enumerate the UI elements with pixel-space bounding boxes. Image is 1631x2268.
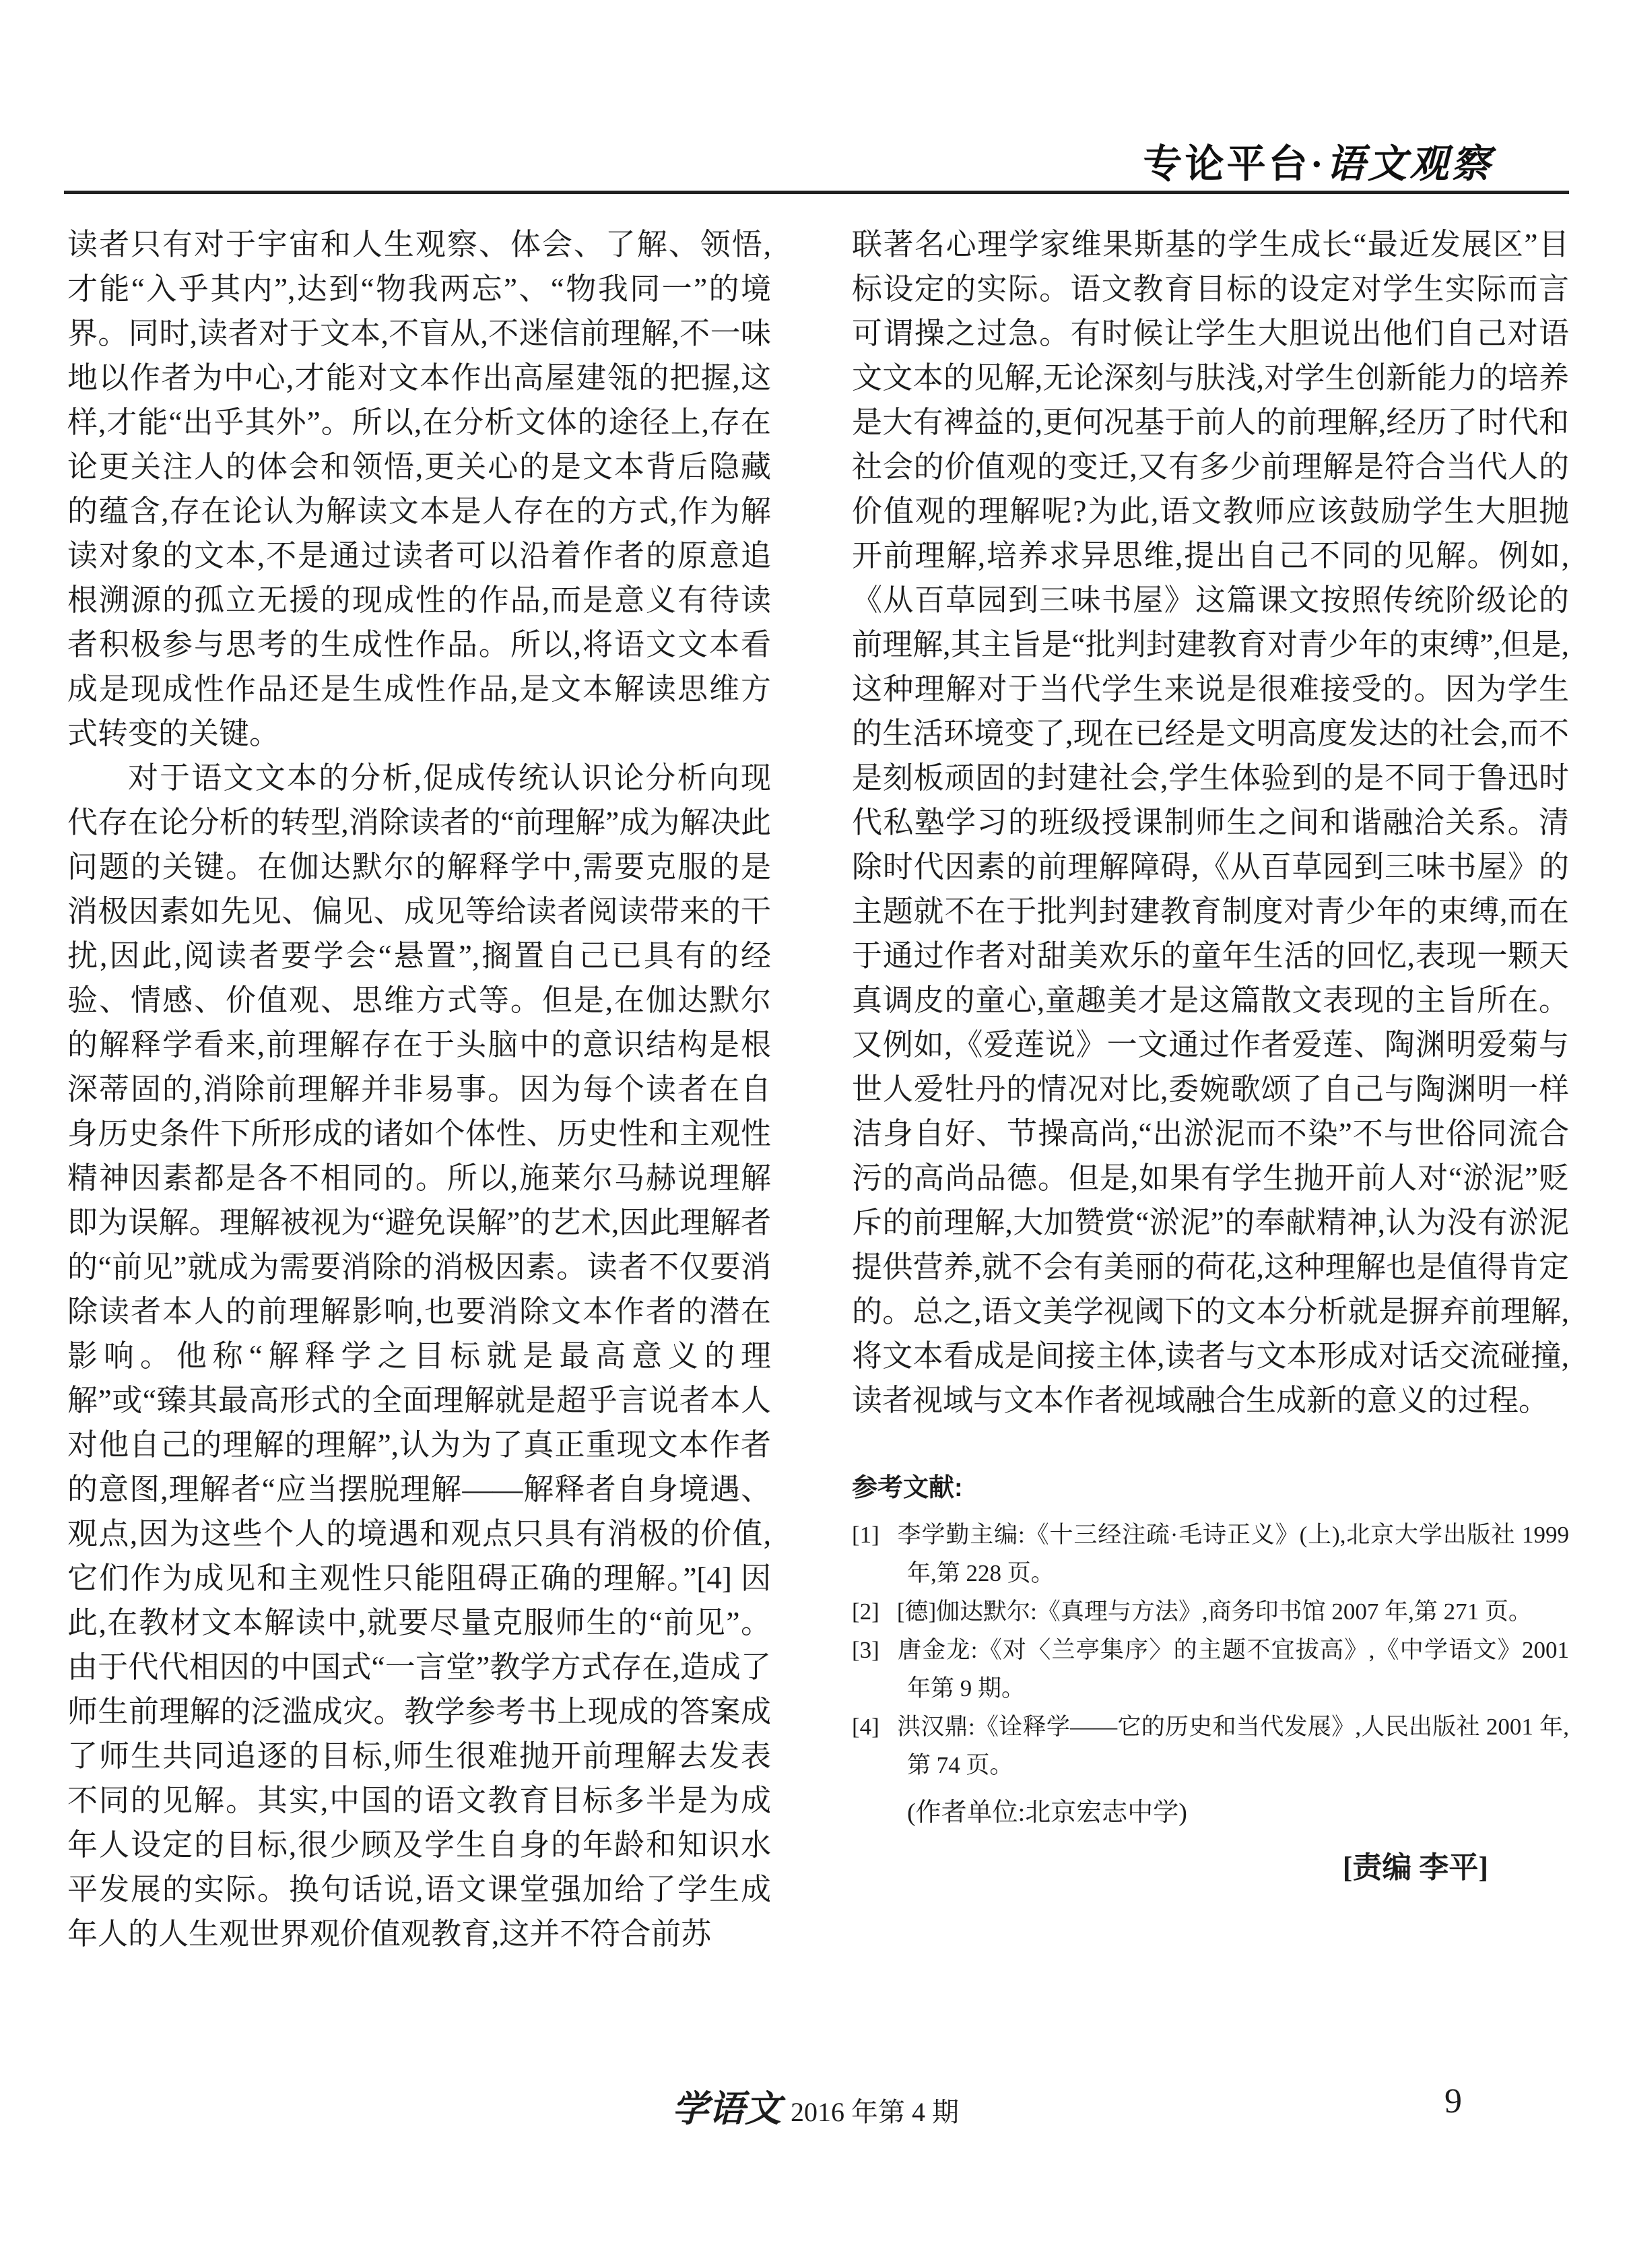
reference-item: [3]唐金龙:《对〈兰亭集序〉的主题不宜拔高》,《中学语文》2001 年第 9 … [852,1631,1569,1708]
journal-issue: 2016 年第 4 期 [791,2097,959,2127]
reference-text: 李学勤主编:《十三经注疏·毛诗正义》(上),北京大学出版社 1999 年,第 2… [897,1522,1569,1586]
right-column: 联著名心理学家维果斯基的学生成长“最近发展区”目标设定的实际。语文教育目标的设定… [852,222,1569,1888]
header-title-separator: · [1310,142,1326,186]
header-divider-rule [64,191,1569,194]
journal-name: 学语文 [672,2089,781,2129]
page-number: 9 [1444,2081,1462,2121]
paragraph-2-left-part: 对于语文文本的分析,促成传统认识论分析向现代存在论分析的转型,消除读者的“前理解… [67,756,771,1956]
references-list: [1]李学勤主编:《十三经注疏·毛诗正义》(上),北京大学出版社 1999 年,… [852,1516,1569,1784]
page-header-title: 专论平台·语文观察 [1143,132,1493,189]
reference-marker: [1] [852,1522,879,1548]
reference-marker: [4] [852,1714,879,1740]
reference-item: [2][德]伽达默尔:《真理与方法》,商务印书馆 2007 年,第 271 页。 [852,1592,1569,1631]
author-affiliation-note: (作者单位:北京宏志中学) [852,1792,1569,1833]
paragraph-1: 读者只有对于宇宙和人生观察、体会、了解、领悟,才能“入乎其内”,达到“物我两忘”… [67,222,771,756]
journal-page: 专论平台·语文观察 读者只有对于宇宙和人生观察、体会、了解、领悟,才能“入乎其内… [0,0,1631,2268]
reference-text: [德]伽达默尔:《真理与方法》,商务印书馆 2007 年,第 271 页。 [897,1598,1532,1625]
header-title-suffix: 语文观察 [1326,142,1493,186]
left-column: 读者只有对于宇宙和人生观察、体会、了解、领悟,才能“入乎其内”,达到“物我两忘”… [67,222,771,1956]
reference-marker: [2] [852,1598,879,1625]
references-heading: 参考文献: [852,1471,1569,1505]
header-title-prefix: 专论平台 [1143,142,1310,186]
reference-text: 洪汉鼎:《诠释学——它的历史和当代发展》,人民出版社 2001 年,第 74 页… [897,1714,1569,1778]
reference-item: [4]洪汉鼎:《诠释学——它的历史和当代发展》,人民出版社 2001 年,第 7… [852,1708,1569,1784]
reference-marker: [3] [852,1637,879,1663]
reference-text: 唐金龙:《对〈兰亭集序〉的主题不宜拔高》,《中学语文》2001 年第 9 期。 [897,1637,1569,1702]
responsible-editor-note: [责编 李平] [852,1848,1569,1888]
paragraph-2-right-part: 联著名心理学家维果斯基的学生成长“最近发展区”目标设定的实际。语文教育目标的设定… [852,222,1569,1423]
reference-item: [1]李学勤主编:《十三经注疏·毛诗正义》(上),北京大学出版社 1999 年,… [852,1516,1569,1592]
page-footer: 学语文2016 年第 4 期 [0,2080,1631,2132]
